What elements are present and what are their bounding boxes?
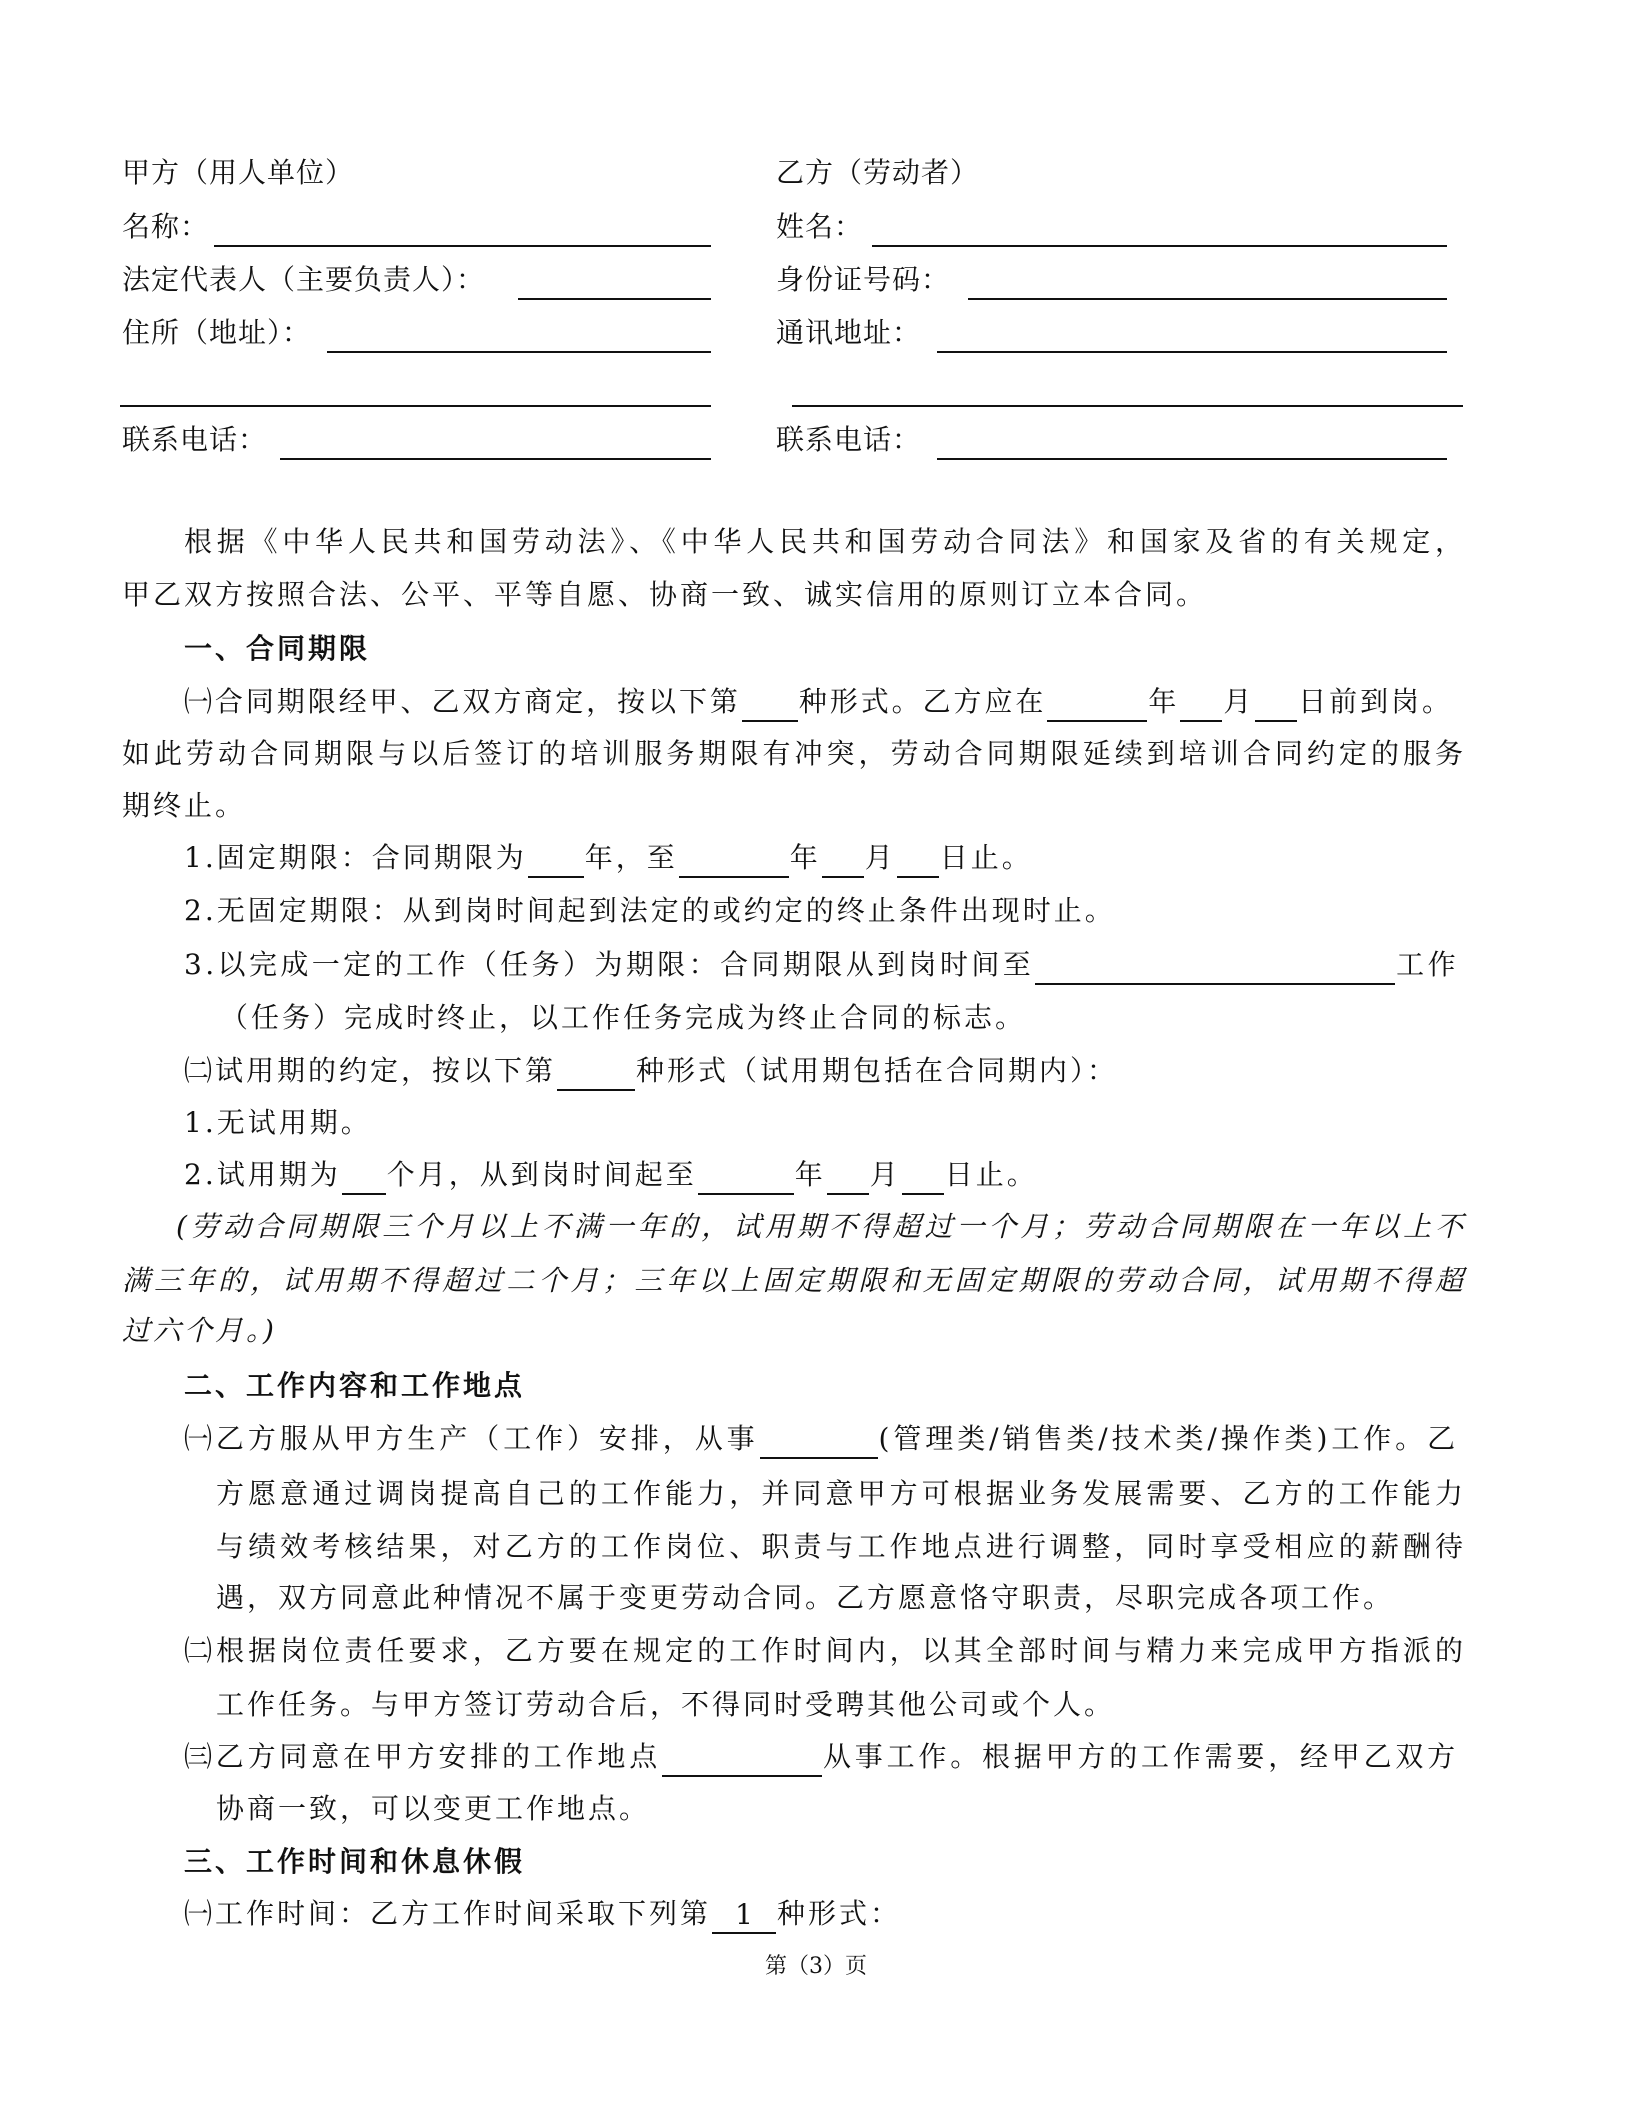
- fill-in-blank[interactable]: [902, 1159, 944, 1195]
- party-a-phone-label: 联系电话：: [122, 420, 267, 460]
- body-line: 期终止。: [122, 786, 246, 826]
- fill-in-blank[interactable]: [742, 686, 798, 722]
- line-text: ㈢乙方同意在甲方安排的工作地点: [184, 1737, 661, 1777]
- line-text: 月: [865, 838, 896, 878]
- party-a-representative-field[interactable]: [518, 298, 711, 300]
- party-b-address-label: 通讯地址：: [776, 313, 921, 353]
- line-text: 方愿意通过调岗提高自己的工作能力，并同意甲方可根据业务发展需要、乙方的工作能力: [216, 1474, 1467, 1514]
- fill-in-blank[interactable]: [679, 842, 789, 878]
- body-line: 方愿意通过调岗提高自己的工作能力，并同意甲方可根据业务发展需要、乙方的工作能力: [216, 1474, 1463, 1514]
- party-b-title: 乙方（劳动者）: [776, 153, 979, 193]
- line-text: 种形式。乙方应在: [799, 682, 1047, 722]
- body-line: 1.固定期限：合同期限为年，至年月日止。: [184, 838, 1033, 878]
- contract-page: 甲方（用人单位） 名称： 法定代表人（主要负责人）： 住所（地址）： 联系电话：…: [0, 0, 1632, 2112]
- line-text: 年: [1148, 682, 1179, 722]
- party-b-address-continuation-field[interactable]: [792, 405, 1463, 407]
- fill-in-blank[interactable]: [827, 1159, 869, 1195]
- line-text: 日前到岗。: [1298, 682, 1453, 722]
- body-line: 与绩效考核结果，对乙方的工作岗位、职责与工作地点进行调整，同时享受相应的薪酬待: [216, 1527, 1463, 1567]
- party-b-name-label: 姓名：: [776, 207, 863, 247]
- fill-in-blank[interactable]: [1047, 686, 1147, 722]
- body-line: 1.无试用期。: [184, 1103, 372, 1143]
- body-line: 满三年的，试用期不得超过二个月；三年以上固定期限和无固定期限的劳动合同，试用期不…: [122, 1261, 1463, 1301]
- party-a-address-continuation-field[interactable]: [120, 405, 711, 407]
- party-b-phone-label: 联系电话：: [776, 420, 921, 460]
- line-text: 2.无固定期限：从到岗时间起到法定的或约定的终止条件出现时止。: [184, 891, 1116, 931]
- body-line: ㈠乙方服从甲方生产（工作）安排，从事(管理类/销售类/技术类/操作类)工作。乙: [184, 1419, 1463, 1459]
- line-text: 过六个月。): [122, 1311, 277, 1351]
- party-a-name-label: 名称：: [122, 207, 209, 247]
- party-a-name-field[interactable]: [214, 245, 711, 247]
- fill-in-blank[interactable]: [557, 1055, 635, 1091]
- fill-in-blank[interactable]: [822, 842, 864, 878]
- fill-in-blank[interactable]: [1180, 686, 1222, 722]
- line-text: ㈡根据岗位责任要求，乙方要在规定的工作时间内，以其全部时间与精力来完成甲方指派的: [184, 1631, 1467, 1671]
- section-heading: 二、工作内容和工作地点: [184, 1366, 525, 1406]
- fill-in-blank[interactable]: 1: [712, 1898, 776, 1934]
- body-line: (劳动合同期限三个月以上不满一年的，试用期不得超过一个月；劳动合同期限在一年以上…: [176, 1207, 1463, 1247]
- fill-in-blank[interactable]: [1255, 686, 1297, 722]
- body-line: 2.试用期为个月，从到岗时间起至年月日止。: [184, 1155, 1038, 1195]
- line-text: ㈠乙方服从甲方生产（工作）安排，从事: [184, 1419, 759, 1459]
- line-text: 年: [790, 838, 821, 878]
- line-text: 种形式（试用期包括在合同期内）：: [636, 1051, 1118, 1091]
- line-text: 1.无试用期。: [184, 1103, 372, 1143]
- party-b-name-field[interactable]: [872, 245, 1447, 247]
- line-text: 年，至: [585, 838, 678, 878]
- line-text: ㈠合同期限经甲、乙双方商定，按以下第: [184, 682, 741, 722]
- line-text: 月: [870, 1155, 901, 1195]
- party-a-address-label: 住所（地址）：: [122, 313, 311, 353]
- fill-in-blank[interactable]: [897, 842, 939, 878]
- line-text: 甲乙双方按照合法、公平、平等自愿、协商一致、诚实信用的原则订立本合同。: [122, 575, 1207, 615]
- body-line: 甲乙双方按照合法、公平、平等自愿、协商一致、诚实信用的原则订立本合同。: [122, 575, 1207, 615]
- line-text: 工作: [1396, 945, 1459, 985]
- fill-in-blank[interactable]: [528, 842, 584, 878]
- line-text: 月: [1223, 682, 1254, 722]
- body-line: ㈡根据岗位责任要求，乙方要在规定的工作时间内，以其全部时间与精力来完成甲方指派的: [184, 1631, 1463, 1671]
- line-text: 年: [795, 1155, 826, 1195]
- line-text: 如此劳动合同期限与以后签订的培训服务期限有冲突，劳动合同期限延续到培训合同约定的…: [122, 734, 1467, 774]
- line-text: 协商一致，可以变更工作地点。: [216, 1789, 650, 1829]
- party-a-phone-field[interactable]: [280, 458, 711, 460]
- line-text: 根据《中华人民共和国劳动法》、《中华人民共和国劳动合同法》和国家及省的有关规定，: [184, 522, 1468, 562]
- body-line: 协商一致，可以变更工作地点。: [216, 1789, 650, 1829]
- line-text: 二、工作内容和工作地点: [184, 1366, 525, 1406]
- fill-in-blank[interactable]: [1035, 949, 1395, 985]
- section-heading: 一、合同期限: [184, 629, 370, 669]
- fill-in-blank[interactable]: [698, 1159, 794, 1195]
- party-a-title: 甲方（用人单位）: [122, 153, 354, 193]
- body-line: 工作任务。与甲方签订劳动合后，不得同时受聘其他公司或个人。: [216, 1685, 1115, 1725]
- line-text: 工作任务。与甲方签订劳动合后，不得同时受聘其他公司或个人。: [216, 1685, 1115, 1725]
- line-text: 从事工作。根据甲方的工作需要，经甲乙双方: [823, 1737, 1459, 1777]
- line-text: 2.试用期为: [184, 1155, 341, 1195]
- body-line: 2.无固定期限：从到岗时间起到法定的或约定的终止条件出现时止。: [184, 891, 1116, 931]
- line-text: 日止。: [945, 1155, 1038, 1195]
- body-line: ㈠工作时间：乙方工作时间采取下列第1种形式：: [184, 1894, 901, 1934]
- body-line: ㈢乙方同意在甲方安排的工作地点从事工作。根据甲方的工作需要，经甲乙双方: [184, 1737, 1463, 1777]
- line-text: 个月，从到岗时间起至: [387, 1155, 697, 1195]
- body-line: （任务）完成时终止，以工作任务完成为终止合同的标志。: [220, 998, 1026, 1038]
- party-b-address-field[interactable]: [937, 351, 1447, 353]
- line-text: 一、合同期限: [184, 629, 370, 669]
- body-line: 如此劳动合同期限与以后签订的培训服务期限有冲突，劳动合同期限延续到培训合同约定的…: [122, 734, 1463, 774]
- line-text: （任务）完成时终止，以工作任务完成为终止合同的标志。: [220, 998, 1026, 1038]
- party-a-representative-label: 法定代表人（主要负责人）：: [122, 260, 485, 300]
- body-line: 根据《中华人民共和国劳动法》、《中华人民共和国劳动合同法》和国家及省的有关规定，: [184, 522, 1463, 562]
- line-text: 三、工作时间和休息休假: [184, 1842, 525, 1882]
- party-b-id-field[interactable]: [968, 298, 1447, 300]
- line-text: 3.以完成一定的工作（任务）为期限：合同期限从到岗时间至: [184, 945, 1034, 985]
- body-line: 3.以完成一定的工作（任务）为期限：合同期限从到岗时间至工作: [184, 945, 1463, 985]
- party-b-id-label: 身份证号码：: [776, 260, 950, 300]
- line-text: 1.固定期限：合同期限为: [184, 838, 527, 878]
- body-line: ㈠合同期限经甲、乙双方商定，按以下第种形式。乙方应在年月日前到岗。: [184, 682, 1463, 722]
- line-text: 满三年的，试用期不得超过二个月；三年以上固定期限和无固定期限的劳动合同，试用期不…: [122, 1261, 1467, 1301]
- fill-in-blank[interactable]: [662, 1741, 822, 1777]
- line-text: 遇，双方同意此种情况不属于变更劳动合同。乙方愿意恪守职责，尽职完成各项工作。: [216, 1578, 1394, 1618]
- page-number: 第（3）页: [0, 1952, 1632, 1982]
- line-text: 期终止。: [122, 786, 246, 826]
- line-text: (管理类/销售类/技术类/操作类)工作。乙: [879, 1419, 1459, 1459]
- line-text: (劳动合同期限三个月以上不满一年的，试用期不得超过一个月；劳动合同期限在一年以上…: [176, 1207, 1467, 1247]
- party-b-phone-field[interactable]: [937, 458, 1447, 460]
- body-line: 过六个月。): [122, 1311, 277, 1351]
- section-heading: 三、工作时间和休息休假: [184, 1842, 525, 1882]
- line-text: ㈡试用期的约定，按以下第: [184, 1051, 556, 1091]
- body-line: 遇，双方同意此种情况不属于变更劳动合同。乙方愿意恪守职责，尽职完成各项工作。: [216, 1578, 1394, 1618]
- party-a-address-field[interactable]: [327, 351, 711, 353]
- line-text: ㈠工作时间：乙方工作时间采取下列第: [184, 1894, 711, 1934]
- fill-in-blank[interactable]: [760, 1423, 878, 1459]
- line-text: 与绩效考核结果，对乙方的工作岗位、职责与工作地点进行调整，同时享受相应的薪酬待: [216, 1527, 1467, 1567]
- line-text: 种形式：: [777, 1894, 901, 1934]
- line-text: 日止。: [940, 838, 1033, 878]
- body-line: ㈡试用期的约定，按以下第种形式（试用期包括在合同期内）：: [184, 1051, 1118, 1091]
- fill-in-blank[interactable]: [342, 1159, 386, 1195]
